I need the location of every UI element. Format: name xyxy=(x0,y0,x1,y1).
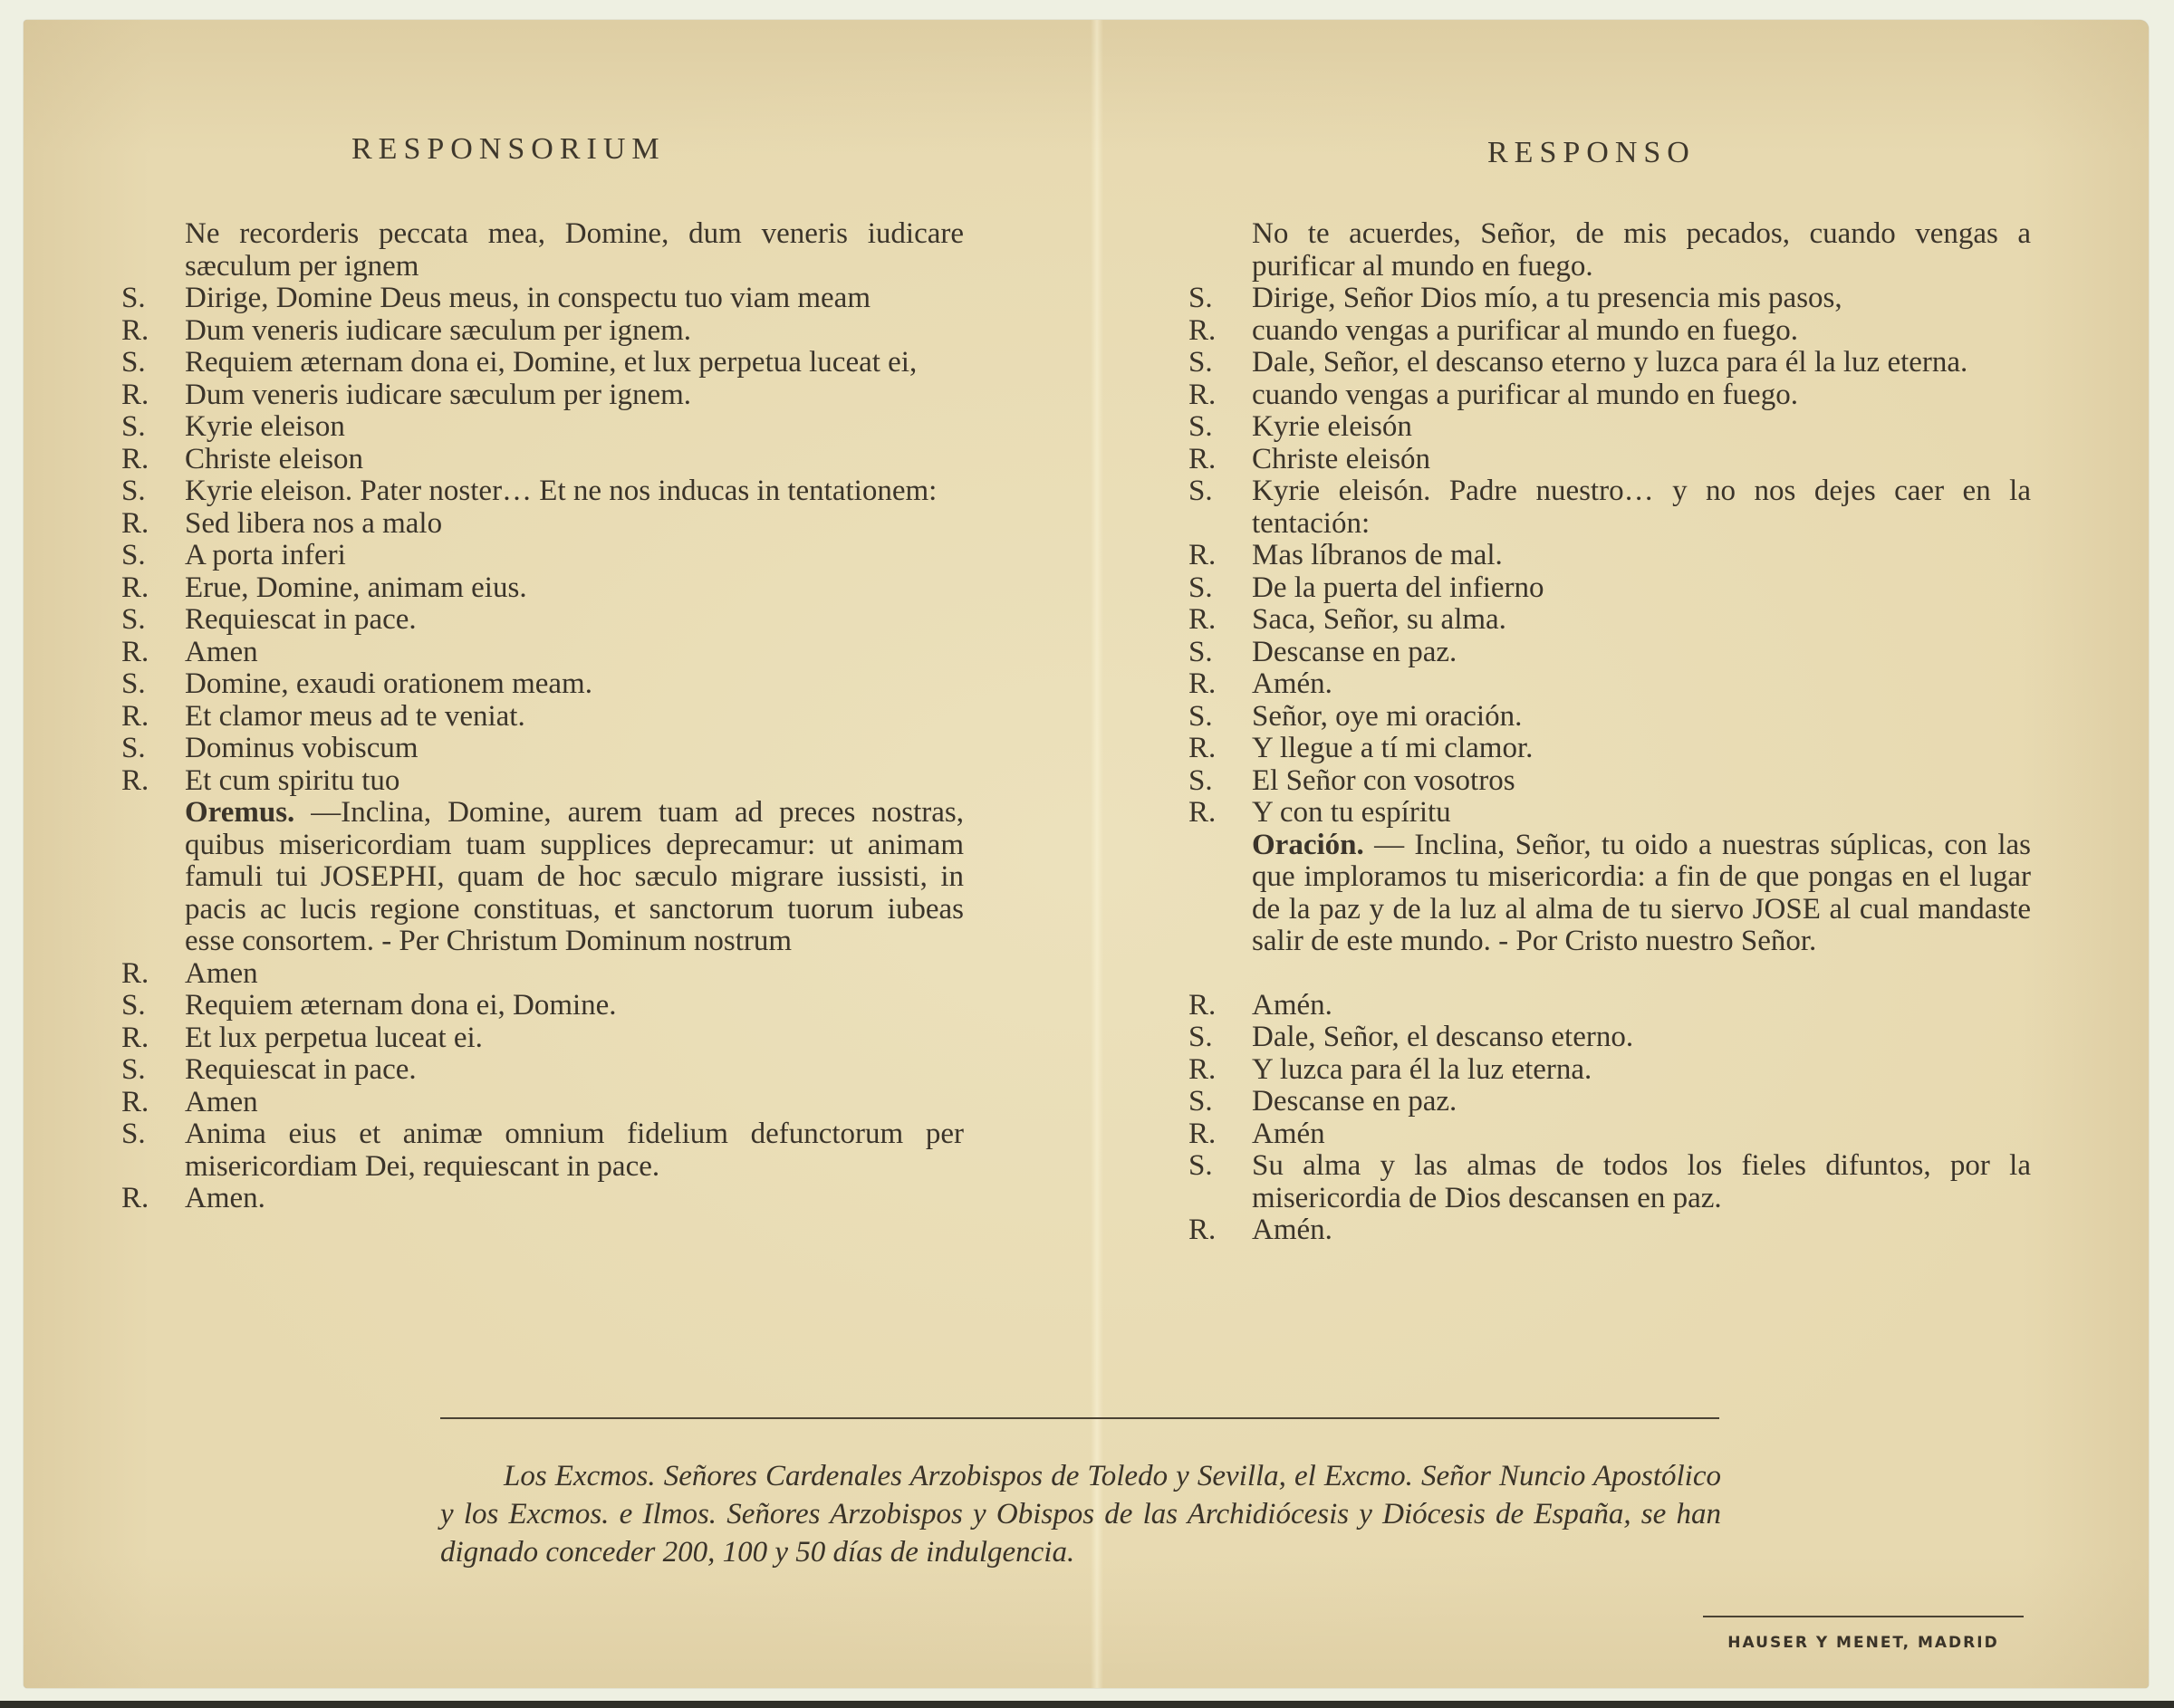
verse-text: Amén. xyxy=(1252,668,2031,701)
verse-label: R. xyxy=(1188,797,1252,830)
verse-text: Dum veneris iudicare sæculum per ignem. xyxy=(185,379,964,412)
verse-label: R. xyxy=(1188,1214,1252,1247)
printer-credit: HAUSER Y MENET, MADRID xyxy=(1703,1634,2024,1652)
verse-label: S. xyxy=(121,475,185,508)
verse-text: Requiescat in pace. xyxy=(185,1054,964,1087)
verse-text: Descanse en paz. xyxy=(1252,637,2031,669)
versicle-line: R.Amen. xyxy=(121,1183,964,1215)
verse-text: Christe eleison xyxy=(185,444,964,476)
versicle-line: S.Kyrie eleisón xyxy=(1188,411,2031,444)
verse-text: Kyrie eleisón. Padre nuestro… y no nos d… xyxy=(1252,475,2031,540)
versicle-line: R.Dum veneris iudicare sæculum per ignem… xyxy=(121,315,964,348)
versicle-line: S.Señor, oye mi oración. xyxy=(1188,701,2031,734)
verse-text: Kyrie eleison. Pater noster… Et ne nos i… xyxy=(185,475,964,508)
verse-label: S. xyxy=(1188,475,1252,540)
verse-label: S. xyxy=(121,604,185,637)
right-prayer: Oración. — Inclina, Señor, tu oido a nue… xyxy=(1188,830,2031,958)
versicle-line: R.Mas líbranos de mal. xyxy=(1188,540,2031,572)
right-lines: No te acuerdes, Señor, de mis pecados, c… xyxy=(1188,218,2031,830)
indulgence-text: Los Excmos. Señores Cardenales Arzobispo… xyxy=(440,1460,1721,1569)
verse-label: S. xyxy=(121,540,185,572)
verse-text: Su alma y las almas de todos los fieles … xyxy=(1252,1150,2031,1214)
verse-label: R. xyxy=(121,379,185,412)
verse-label: S. xyxy=(1188,765,1252,798)
verse-label: S. xyxy=(1188,411,1252,444)
verse-text: Requiem æternam dona ei, Domine, et lux … xyxy=(185,347,964,379)
verse-label: R. xyxy=(1188,604,1252,637)
verse-text: Dominus vobiscum xyxy=(185,733,964,765)
verse-text: Y llegue a tí mi clamor. xyxy=(1252,733,2031,765)
verse-label: R. xyxy=(121,572,185,605)
versicle-line: R.Christe eleison xyxy=(121,444,964,476)
indulgence-notice: Los Excmos. Señores Cardenales Arzobispo… xyxy=(440,1457,1721,1571)
verse-text: El Señor con vosotros xyxy=(1252,765,2031,798)
versicle-line: S.Dale, Señor, el descanso eterno y luzc… xyxy=(1188,347,2031,379)
versicle-line: S.De la puerta del infierno xyxy=(1188,572,2031,605)
versicle-line: S.Requiem æternam dona ei, Domine. xyxy=(121,990,964,1022)
verse-label: S. xyxy=(121,411,185,444)
versicle-line: S.Requiescat in pace. xyxy=(121,1054,964,1087)
verse-label: R. xyxy=(121,315,185,348)
left-prayer-text: —Inclina, Domine, aurem tuam ad preces n… xyxy=(185,796,964,957)
verse-text: Amén. xyxy=(1252,990,2031,1022)
versicle-line: R.Dum veneris iudicare sæculum per ignem… xyxy=(121,379,964,412)
versicle-line: R.Y con tu espíritu xyxy=(1188,797,2031,830)
verse-label xyxy=(121,218,185,283)
verse-label: S. xyxy=(1188,283,1252,315)
verse-text: Y luzca para él la luz eterna. xyxy=(1252,1054,2031,1087)
verse-text: Amen xyxy=(185,958,964,991)
verse-text: Kyrie eleisón xyxy=(1252,411,2031,444)
versicle-line: S.Descanse en paz. xyxy=(1188,1086,2031,1118)
verse-label: R. xyxy=(121,765,185,798)
verse-label: R. xyxy=(121,1087,185,1119)
left-lines: Ne recorderis peccata mea, Domine, dum v… xyxy=(121,218,964,797)
verse-label: R. xyxy=(1188,990,1252,1022)
verse-text: cuando vengas a purificar al mundo en fu… xyxy=(1252,315,2031,348)
verse-label: S. xyxy=(121,733,185,765)
verse-text: Et cum spiritu tuo xyxy=(185,765,964,798)
verse-label: R. xyxy=(121,701,185,734)
verse-text: Requiem æternam dona ei, Domine. xyxy=(185,990,964,1022)
versicle-line: S.Kyrie eleison xyxy=(121,411,964,444)
verse-label: R. xyxy=(121,958,185,991)
spacer xyxy=(1188,958,2031,990)
verse-text: Domine, exaudi orationem meam. xyxy=(185,668,964,701)
versicle-line: S.Kyrie eleison. Pater noster… Et ne nos… xyxy=(121,475,964,508)
versicle-line: R.cuando vengas a purificar al mundo en … xyxy=(1188,315,2031,348)
verse-text: Kyrie eleison xyxy=(185,411,964,444)
right-prayer-heading: Oración. xyxy=(1252,829,1364,861)
verse-text: Anima eius et animæ omnium fidelium defu… xyxy=(185,1118,964,1183)
verse-label: S. xyxy=(1188,1086,1252,1118)
verse-text: Saca, Señor, su alma. xyxy=(1252,604,2031,637)
verse-label: R. xyxy=(1188,379,1252,412)
verse-label: S. xyxy=(121,1054,185,1087)
verse-label: S. xyxy=(1188,347,1252,379)
versicle-line: R.Amén. xyxy=(1188,668,2031,701)
verse-label: S. xyxy=(121,668,185,701)
versicle-line: S.Requiem æternam dona ei, Domine, et lu… xyxy=(121,347,964,379)
versicle-line: R.Erue, Domine, animam eius. xyxy=(121,572,964,605)
verse-text: Señor, oye mi oración. xyxy=(1252,701,2031,734)
verse-text: Descanse en paz. xyxy=(1252,1086,2031,1118)
verse-text: Ne recorderis peccata mea, Domine, dum v… xyxy=(185,218,964,283)
verse-text: Amén xyxy=(1252,1118,2031,1151)
verse-label: R. xyxy=(1188,1054,1252,1087)
right-title: RESPONSO xyxy=(1487,136,1696,170)
left-prayer: Oremus. —Inclina, Domine, aurem tuam ad … xyxy=(121,797,964,958)
versicle-line: S.Domine, exaudi orationem meam. xyxy=(121,668,964,701)
versicle-line: R.Amén. xyxy=(1188,990,2031,1022)
versicle-line: S.Requiescat in pace. xyxy=(121,604,964,637)
verse-label: R. xyxy=(121,1183,185,1215)
verse-text: Mas líbranos de mal. xyxy=(1252,540,2031,572)
notice-divider xyxy=(440,1417,1719,1419)
verse-label: R. xyxy=(1188,733,1252,765)
verse-text: Amen xyxy=(185,637,964,669)
verse-text: Erue, Domine, animam eius. xyxy=(185,572,964,605)
versicle-line: R.cuando vengas a purificar al mundo en … xyxy=(1188,379,2031,412)
verse-label: S. xyxy=(121,1118,185,1183)
versicle-line: R.Sed libera nos a malo xyxy=(121,508,964,541)
verse-text: Requiescat in pace. xyxy=(185,604,964,637)
verse-label: R. xyxy=(1188,315,1252,348)
verse-label xyxy=(1188,218,1252,283)
versicle-line: R.Amén. xyxy=(1188,1214,2031,1247)
scan-bottom-edge xyxy=(0,1701,2174,1708)
versicle-line: R.Amen xyxy=(121,958,964,991)
versicle-line: S.Kyrie eleisón. Padre nuestro… y no nos… xyxy=(1188,475,2031,540)
verse-text: Et lux perpetua luceat ei. xyxy=(185,1022,964,1055)
verse-text: Amen xyxy=(185,1087,964,1119)
verse-text: Amen. xyxy=(185,1183,964,1215)
left-title: RESPONSORIUM xyxy=(351,132,666,167)
verse-text: Dum veneris iudicare sæculum per ignem. xyxy=(185,315,964,348)
versicle-line: S.Su alma y las almas de todos los fiele… xyxy=(1188,1150,2031,1214)
verse-text: Dirige, Domine Deus meus, in conspectu t… xyxy=(185,283,964,315)
verse-label: S. xyxy=(121,283,185,315)
verse-label: R. xyxy=(121,508,185,541)
verse-text: Y con tu espíritu xyxy=(1252,797,2031,830)
spanish-responsory: No te acuerdes, Señor, de mis pecados, c… xyxy=(1188,218,2031,1247)
versicle-line: S.Dirige, Señor Dios mío, a tu presencia… xyxy=(1188,283,2031,315)
verse-text: Amén. xyxy=(1252,1214,2031,1247)
verse-label: S. xyxy=(1188,701,1252,734)
verse-label: R. xyxy=(1188,1118,1252,1151)
verse-text: Christe eleisón xyxy=(1252,444,2031,476)
antiphon-line: No te acuerdes, Señor, de mis pecados, c… xyxy=(1188,218,2031,283)
left-prayer-heading: Oremus. xyxy=(185,796,294,829)
versicle-line: R.Y llegue a tí mi clamor. xyxy=(1188,733,2031,765)
printer-divider xyxy=(1703,1616,2024,1617)
verse-label: S. xyxy=(1188,572,1252,605)
versicle-line: S.A porta inferi xyxy=(121,540,964,572)
versicle-line: S.El Señor con vosotros xyxy=(1188,765,2031,798)
verse-text: Dirige, Señor Dios mío, a tu presencia m… xyxy=(1252,283,2031,315)
versicle-line: R.Et lux perpetua luceat ei. xyxy=(121,1022,964,1055)
versicle-line: S.Dominus vobiscum xyxy=(121,733,964,765)
center-fold xyxy=(1091,20,1103,1688)
versicle-line: S.Dale, Señor, el descanso eterno. xyxy=(1188,1022,2031,1054)
left-closing-lines: R.AmenS.Requiem æternam dona ei, Domine.… xyxy=(121,958,964,1215)
versicle-line: S.Descanse en paz. xyxy=(1188,637,2031,669)
versicle-line: R.Et clamor meus ad te veniat. xyxy=(121,701,964,734)
versicle-line: R.Amén xyxy=(1188,1118,2031,1151)
verse-text: Et clamor meus ad te veniat. xyxy=(185,701,964,734)
versicle-line: R.Amen xyxy=(121,1087,964,1119)
versicle-line: R.Christe eleisón xyxy=(1188,444,2031,476)
versicle-line: S.Anima eius et animæ omnium fidelium de… xyxy=(121,1118,964,1183)
verse-text: Dale, Señor, el descanso eterno. xyxy=(1252,1022,2031,1054)
verse-label: S. xyxy=(121,347,185,379)
verse-text: No te acuerdes, Señor, de mis pecados, c… xyxy=(1252,218,2031,283)
verse-label: S. xyxy=(1188,1150,1252,1214)
verse-text: A porta inferi xyxy=(185,540,964,572)
verse-label: S. xyxy=(121,990,185,1022)
verse-text: Dale, Señor, el descanso eterno y luzca … xyxy=(1252,347,2031,379)
verse-label: R. xyxy=(1188,540,1252,572)
verse-text: cuando vengas a purificar al mundo en fu… xyxy=(1252,379,2031,412)
verse-label: R. xyxy=(1188,668,1252,701)
right-closing-lines: R.Amén.S.Dale, Señor, el descanso eterno… xyxy=(1188,990,2031,1247)
verse-label: R. xyxy=(121,444,185,476)
verse-label: R. xyxy=(121,637,185,669)
versicle-line: R.Amen xyxy=(121,637,964,669)
verse-label: R. xyxy=(1188,444,1252,476)
verse-label: R. xyxy=(121,1022,185,1055)
versicle-line: S.Dirige, Domine Deus meus, in conspectu… xyxy=(121,283,964,315)
versicle-line: R.Y luzca para él la luz eterna. xyxy=(1188,1054,2031,1087)
verse-text: De la puerta del infierno xyxy=(1252,572,2031,605)
verse-text: Sed libera nos a malo xyxy=(185,508,964,541)
latin-responsory: Ne recorderis peccata mea, Domine, dum v… xyxy=(121,218,964,1215)
antiphon-line: Ne recorderis peccata mea, Domine, dum v… xyxy=(121,218,964,283)
right-prayer-text: — Inclina, Señor, tu oido a nuestras súp… xyxy=(1252,829,2031,958)
versicle-line: R.Saca, Señor, su alma. xyxy=(1188,604,2031,637)
verse-label: S. xyxy=(1188,1022,1252,1054)
verse-label: S. xyxy=(1188,637,1252,669)
versicle-line: R.Et cum spiritu tuo xyxy=(121,765,964,798)
